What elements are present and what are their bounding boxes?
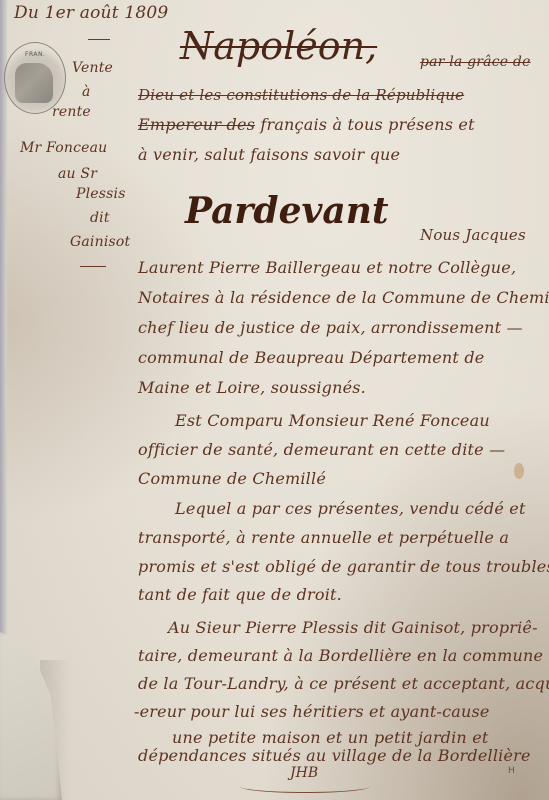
struck-line-2: Dieu et les constitutions de la Républiq…	[138, 86, 464, 104]
date-flourish	[88, 39, 110, 40]
header-line-3: Empereur des français à tous présens et	[138, 115, 475, 134]
stamp-label: FRAN.	[25, 51, 45, 58]
header-line-4: à venir, salut faisons savoir que	[138, 145, 400, 164]
body-line-10: transporté, à rente annuelle et perpétue…	[138, 528, 509, 547]
body-line-0: Nous Jacques	[420, 226, 526, 244]
margin-note-rente: rente	[52, 104, 91, 120]
margin-note-dit: dit	[90, 210, 110, 226]
document-page: Du 1er août 1809 FRAN. Vente à rente Mr …	[0, 0, 549, 800]
margin-date: Du 1er août 1809	[14, 3, 168, 23]
body-line-2: Notaires à la résidence de la Commune de…	[138, 288, 549, 307]
margin-note-fonceau: Mr Fonceau	[20, 140, 107, 156]
heading-pardevant: Pardevant	[185, 190, 389, 232]
title-napoleon: Napoléon,	[180, 24, 377, 68]
body-line-13: Au Sieur Pierre Plessis dit Gainisot, pr…	[168, 618, 538, 637]
folio-mark: H	[508, 766, 515, 776]
notary-paraph: JHB	[290, 765, 318, 781]
margin-note-au-sr: au Sr	[58, 166, 97, 182]
header-continuation: français à tous présens et	[260, 115, 474, 134]
margin-note-a: à	[82, 84, 91, 100]
body-line-17: une petite maison et un petit jardin et	[172, 728, 489, 747]
body-line-7: officier de santé, demeurant en cette di…	[138, 440, 505, 459]
body-line-5: Maine et Loire, soussignés.	[138, 378, 366, 397]
body-line-9: Lequel a par ces présentes, vendu cédé e…	[175, 499, 526, 518]
body-line-8: Commune de Chemillé	[138, 469, 326, 488]
margin-note-gainisot: Gainisot	[70, 234, 130, 250]
body-line-12: tant de fait que de droit.	[138, 585, 342, 604]
margin-dash	[80, 266, 106, 267]
paraph-flourish	[240, 780, 370, 793]
body-line-6: Est Comparu Monsieur René Fonceau	[175, 411, 490, 430]
struck-empereur: Empereur des	[138, 115, 255, 134]
margin-note-vente: Vente	[72, 60, 113, 76]
body-line-11: promis et s'est obligé de garantir de to…	[138, 557, 549, 576]
body-line-15: de la Tour-Landry, à ce présent et accep…	[138, 674, 549, 693]
body-line-16: -ereur pour lui ses héritiers et ayant-c…	[134, 702, 490, 721]
body-line-3: chef lieu de justice de paix, arrondisse…	[138, 318, 523, 337]
foxing-stain	[514, 463, 524, 479]
stamp-seated-figure	[15, 63, 53, 103]
margin-note-plessis: Plessis	[76, 186, 126, 202]
folded-page-corner	[0, 632, 62, 800]
struck-line-1: par la grâce de	[420, 54, 531, 70]
body-line-18: dépendances situés au village de la Bord…	[138, 746, 531, 765]
body-line-1: Laurent Pierre Baillergeau et notre Coll…	[138, 258, 516, 277]
body-line-4: communal de Beaupreau Département de	[138, 348, 484, 367]
body-line-14: taire, demeurant à la Bordellière en la …	[138, 646, 543, 665]
